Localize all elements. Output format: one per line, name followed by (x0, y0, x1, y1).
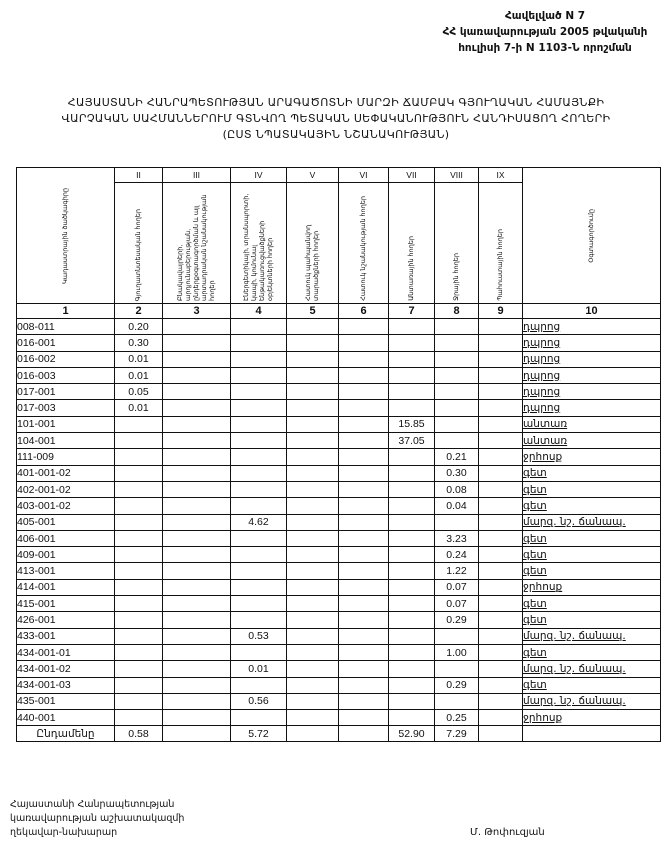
area-value (339, 335, 389, 351)
column-number: 8 (435, 304, 479, 319)
area-value (339, 596, 389, 612)
land-use: անտառ (523, 416, 661, 432)
area-value (163, 433, 231, 449)
area-value (287, 530, 339, 546)
column-header: Բնակավայրերի, արդյունաբերության, ընդերքօ… (163, 183, 231, 304)
area-value (339, 628, 389, 644)
area-value: 4.62 (231, 514, 287, 530)
table-row: 406-0013.23գետ (17, 530, 661, 546)
area-value (115, 693, 163, 709)
area-value (163, 465, 231, 481)
land-use: դպրոց (523, 319, 661, 335)
area-value (115, 612, 163, 628)
column-header-text: Բնակավայրերի, արդյունաբերության, ընդերքօ… (177, 183, 217, 303)
column-header-text: Հատուկ նշանակության հողեր (360, 194, 368, 303)
approval-note: Հավելված N 7 ՀՀ կառավարության 2005 թվակա… (420, 8, 670, 56)
column-header: Գյուղատնտեսական հողեր (115, 183, 163, 304)
area-value: 0.30 (115, 335, 163, 351)
area-value (479, 400, 523, 416)
area-value (389, 547, 435, 563)
area-value (115, 433, 163, 449)
area-value (479, 661, 523, 677)
area-value (163, 351, 231, 367)
title-line-1: ՀԱՅԱՍՏԱՆԻ ՀԱՆՐԱՊԵՏՈՒԹՅԱՆ ԱՐԱԳԱԾՈՏՆԻ ՄԱՐԶ… (0, 95, 672, 111)
area-value: 0.07 (435, 596, 479, 612)
area-value: 0.29 (435, 612, 479, 628)
area-value (231, 498, 287, 514)
footer-position: Հայաստանի Հանրապետության կառավարության ա… (10, 798, 184, 840)
area-value (287, 710, 339, 726)
roman-header: V (287, 168, 339, 183)
area-value (479, 579, 523, 595)
area-value (339, 433, 389, 449)
area-value (287, 693, 339, 709)
area-value (479, 319, 523, 335)
footer-line-2: կառավարության աշխատակազմի (10, 812, 184, 826)
area-value (389, 612, 435, 628)
total-value (479, 726, 523, 742)
area-value (479, 677, 523, 693)
area-value (231, 384, 287, 400)
area-value (115, 563, 163, 579)
footer-line-1: Հայաստանի Հանրապետության (10, 798, 184, 812)
area-value (479, 547, 523, 563)
area-value (115, 416, 163, 432)
area-value (479, 628, 523, 644)
area-value (389, 579, 435, 595)
cadastral-code: 401-001-02 (17, 465, 115, 481)
area-value (163, 449, 231, 465)
area-value (231, 465, 287, 481)
area-value (163, 319, 231, 335)
area-value (339, 644, 389, 660)
cadastral-code: 111-009 (17, 449, 115, 465)
area-value (163, 400, 231, 416)
area-value (231, 563, 287, 579)
area-value (339, 547, 389, 563)
column-number: 5 (287, 304, 339, 319)
area-value (287, 596, 339, 612)
cadastral-code: 101-001 (17, 416, 115, 432)
land-use: գետ (523, 530, 661, 546)
area-value: 0.56 (231, 693, 287, 709)
cadastral-code: 426-001 (17, 612, 115, 628)
area-value (231, 530, 287, 546)
title-line-3: (ԸՍՏ ՆՊԱՏԱԿԱՅԻՆ ՆՇԱՆԱԿՈՒԹՅԱՆ) (0, 127, 672, 143)
area-value (287, 498, 339, 514)
cadastral-code: 402-001-02 (17, 481, 115, 497)
column-number: 10 (523, 304, 661, 319)
area-value (231, 612, 287, 628)
area-value: 0.01 (231, 661, 287, 677)
table-row: 017-0030.01դպրոց (17, 400, 661, 416)
area-value (435, 384, 479, 400)
area-value (479, 481, 523, 497)
area-value (389, 465, 435, 481)
area-value: 0.30 (435, 465, 479, 481)
column-number: 2 (115, 304, 163, 319)
land-use: գետ (523, 644, 661, 660)
area-value: 0.25 (435, 710, 479, 726)
area-value (479, 514, 523, 530)
cadastral-code: 433-001 (17, 628, 115, 644)
area-value (339, 319, 389, 335)
area-value: 0.07 (435, 579, 479, 595)
column-header-text: Պահուստային հողեր (497, 227, 505, 303)
area-value (435, 400, 479, 416)
area-value (389, 514, 435, 530)
column-header-text: Էներգետիկայի, տրանսպորտի, կապի, կոմունալ… (243, 183, 275, 303)
area-value (435, 335, 479, 351)
area-value (163, 547, 231, 563)
table-row: 405-0014.62մարզ. նշ. ճանապ. (17, 514, 661, 530)
area-value (115, 710, 163, 726)
area-value (163, 384, 231, 400)
area-value (389, 384, 435, 400)
document-title: ՀԱՅԱՍՏԱՆԻ ՀԱՆՐԱՊԵՏՈՒԹՅԱՆ ԱՐԱԳԱԾՈՏՆԻ ՄԱՐԶ… (0, 95, 672, 143)
area-value (389, 710, 435, 726)
area-value (389, 335, 435, 351)
area-value (115, 530, 163, 546)
column-header: Կադաստրային ծածկագիրը (17, 168, 115, 304)
area-value: 1.22 (435, 563, 479, 579)
area-value (287, 433, 339, 449)
cadastral-code: 405-001 (17, 514, 115, 530)
area-value (339, 693, 389, 709)
table-row: 008-0110.20դպրոց (17, 319, 661, 335)
area-value (339, 563, 389, 579)
area-value (287, 400, 339, 416)
table-row: 402-001-020.08գետ (17, 481, 661, 497)
area-value: 0.01 (115, 367, 163, 383)
table-row: 434-001-030.29գետ (17, 677, 661, 693)
land-use: մարզ. նշ. ճանապ. (523, 661, 661, 677)
area-value (231, 547, 287, 563)
area-value (479, 465, 523, 481)
column-header: Անտառային հողեր (389, 183, 435, 304)
table-row: 111-0090.21ջրհոսք (17, 449, 661, 465)
area-value (339, 530, 389, 546)
area-value (287, 481, 339, 497)
total-value (339, 726, 389, 742)
area-value (231, 596, 287, 612)
area-value (435, 351, 479, 367)
column-header: Էներգետիկայի, տրանսպորտի, կապի, կոմունալ… (231, 183, 287, 304)
area-value: 0.21 (435, 449, 479, 465)
roman-header: IX (479, 168, 523, 183)
area-value (163, 530, 231, 546)
area-value (479, 449, 523, 465)
area-value (115, 449, 163, 465)
total-value (163, 726, 231, 742)
area-value (479, 367, 523, 383)
area-value (339, 465, 389, 481)
approval-line-1: Հավելված N 7 (420, 8, 670, 24)
land-use: մարզ. նշ. ճանապ. (523, 628, 661, 644)
area-value (287, 351, 339, 367)
area-value (435, 319, 479, 335)
area-value (287, 514, 339, 530)
land-use: մարզ. նշ. ճանապ. (523, 693, 661, 709)
area-value (115, 644, 163, 660)
area-value (287, 335, 339, 351)
area-value (163, 367, 231, 383)
title-line-2: ՎԱՐՉԱԿԱՆ ՍԱՀՄԱՆՆԵՐՈՒՄ ԳՏՆՎՈՂ ՊԵՏԱԿԱՆ ՍԵՓ… (0, 111, 672, 127)
total-value (287, 726, 339, 742)
land-use: ջրհոսք (523, 579, 661, 595)
area-value (287, 612, 339, 628)
area-value (479, 710, 523, 726)
area-value (339, 416, 389, 432)
area-value (339, 612, 389, 628)
area-value (163, 644, 231, 660)
land-use: գետ (523, 612, 661, 628)
area-value (287, 319, 339, 335)
column-header-text: Անտառային հողեր (408, 234, 416, 303)
column-header-text: Կադաստրային ծածկագիրը (62, 186, 70, 286)
area-value: 0.04 (435, 498, 479, 514)
total-value (523, 726, 661, 742)
area-value (389, 677, 435, 693)
land-use: մարզ. նշ. ճանապ. (523, 514, 661, 530)
area-value (479, 563, 523, 579)
approval-line-3: հուլիսի 7-ի N 1103-Ն որոշման (420, 40, 670, 56)
table-row: 440-0010.25ջրհոսք (17, 710, 661, 726)
cadastral-code: 406-001 (17, 530, 115, 546)
area-value (115, 547, 163, 563)
area-value (287, 465, 339, 481)
area-value (339, 351, 389, 367)
table-row: 403-001-020.04գետ (17, 498, 661, 514)
land-use: գետ (523, 498, 661, 514)
column-header: Օգտագործումը (523, 168, 661, 304)
table-row: 433-0010.53մարզ. նշ. ճանապ. (17, 628, 661, 644)
area-value (231, 481, 287, 497)
area-value (231, 644, 287, 660)
total-row: Ընդամենը0.585.7252.907.29 (17, 726, 661, 742)
area-value: 0.53 (231, 628, 287, 644)
area-value (339, 579, 389, 595)
area-value (389, 596, 435, 612)
table-row: 104-00137.05անտառ (17, 433, 661, 449)
area-value: 3.23 (435, 530, 479, 546)
area-value (287, 579, 339, 595)
area-value (231, 367, 287, 383)
column-number: 7 (389, 304, 435, 319)
column-header-text: Ջրային հողեր (453, 251, 461, 303)
land-use: դպրոց (523, 335, 661, 351)
table-row: 426-0010.29գետ (17, 612, 661, 628)
area-value (163, 481, 231, 497)
signature-name: Մ. Թոփուզյան (470, 827, 545, 838)
area-value (287, 563, 339, 579)
total-value: 0.58 (115, 726, 163, 742)
area-value (339, 677, 389, 693)
area-value (339, 400, 389, 416)
table-row: 101-00115.85անտառ (17, 416, 661, 432)
column-header: Պահուստային հողեր (479, 183, 523, 304)
area-value (339, 449, 389, 465)
total-value: 52.90 (389, 726, 435, 742)
column-header: Հատուկ պահպանվող տարածքների հողեր (287, 183, 339, 304)
area-value (389, 530, 435, 546)
area-value (389, 351, 435, 367)
area-value (115, 661, 163, 677)
table-row: 414-0010.07ջրհոսք (17, 579, 661, 595)
area-value: 0.20 (115, 319, 163, 335)
area-value (389, 400, 435, 416)
area-value: 0.08 (435, 481, 479, 497)
area-value (435, 433, 479, 449)
cadastral-code: 409-001 (17, 547, 115, 563)
column-number: 6 (339, 304, 389, 319)
area-value (163, 628, 231, 644)
cadastral-code: 440-001 (17, 710, 115, 726)
cadastral-code: 008-011 (17, 319, 115, 335)
area-value (479, 693, 523, 709)
column-header-text: Օգտագործումը (588, 207, 596, 265)
area-value (287, 644, 339, 660)
area-value (115, 628, 163, 644)
area-value: 0.05 (115, 384, 163, 400)
area-value (163, 596, 231, 612)
roman-header: II (115, 168, 163, 183)
area-value (163, 563, 231, 579)
cadastral-code: 435-001 (17, 693, 115, 709)
table-row: 016-0030.01դպրոց (17, 367, 661, 383)
cadastral-code: 017-001 (17, 384, 115, 400)
area-value (435, 661, 479, 677)
land-use: գետ (523, 596, 661, 612)
cadastral-code: 016-001 (17, 335, 115, 351)
table-row: 413-0011.22գետ (17, 563, 661, 579)
area-value (287, 367, 339, 383)
table-row: 434-001-020.01մարզ. նշ. ճանապ. (17, 661, 661, 677)
area-value (389, 563, 435, 579)
area-value (115, 677, 163, 693)
column-header: Ջրային հողեր (435, 183, 479, 304)
area-value (231, 677, 287, 693)
cadastral-code: 434-001-03 (17, 677, 115, 693)
roman-header: VIII (435, 168, 479, 183)
column-header: Հատուկ նշանակության հողեր (339, 183, 389, 304)
area-value (389, 367, 435, 383)
land-use: դպրոց (523, 400, 661, 416)
area-value (115, 498, 163, 514)
area-value (231, 400, 287, 416)
cadastral-code: 016-003 (17, 367, 115, 383)
area-value (435, 367, 479, 383)
area-value (163, 693, 231, 709)
area-value: 1.00 (435, 644, 479, 660)
land-table: Կադաստրային ծածկագիրըIIIIIIVVVIVIIVIIIIX… (16, 167, 661, 742)
area-value (231, 335, 287, 351)
area-value (231, 433, 287, 449)
column-header-text: Գյուղատնտեսական հողեր (135, 207, 143, 303)
area-value (115, 514, 163, 530)
area-value (163, 514, 231, 530)
land-use: անտառ (523, 433, 661, 449)
total-value: 5.72 (231, 726, 287, 742)
land-use: ջրհոսք (523, 449, 661, 465)
area-value (163, 498, 231, 514)
area-value (115, 465, 163, 481)
table-row: 401-001-020.30գետ (17, 465, 661, 481)
area-value (287, 547, 339, 563)
area-value (435, 416, 479, 432)
area-value (163, 677, 231, 693)
land-use: դպրոց (523, 384, 661, 400)
area-value (389, 693, 435, 709)
table-row: 435-0010.56մարզ. նշ. ճանապ. (17, 693, 661, 709)
cadastral-code: 415-001 (17, 596, 115, 612)
area-value (339, 481, 389, 497)
area-value: 0.01 (115, 351, 163, 367)
column-number: 3 (163, 304, 231, 319)
column-number: 4 (231, 304, 287, 319)
area-value: 15.85 (389, 416, 435, 432)
area-value (435, 514, 479, 530)
area-value (479, 433, 523, 449)
area-value (479, 384, 523, 400)
area-value (389, 644, 435, 660)
cadastral-code: 403-001-02 (17, 498, 115, 514)
area-value (231, 351, 287, 367)
area-value: 0.29 (435, 677, 479, 693)
area-value (479, 416, 523, 432)
area-value (389, 628, 435, 644)
land-use: գետ (523, 563, 661, 579)
area-value (287, 661, 339, 677)
area-value (479, 612, 523, 628)
roman-header: VII (389, 168, 435, 183)
area-value (287, 384, 339, 400)
roman-header: IV (231, 168, 287, 183)
area-value (231, 579, 287, 595)
area-value (231, 710, 287, 726)
cadastral-code: 017-003 (17, 400, 115, 416)
area-value (479, 596, 523, 612)
area-value (479, 351, 523, 367)
approval-line-2: ՀՀ կառավարության 2005 թվականի (420, 24, 670, 40)
column-number: 1 (17, 304, 115, 319)
footer-line-3: ղեկավար-նախարար (10, 826, 184, 840)
area-value (339, 384, 389, 400)
area-value (163, 661, 231, 677)
area-value (287, 416, 339, 432)
table-row: 434-001-011.00գետ (17, 644, 661, 660)
area-value (479, 335, 523, 351)
cadastral-code: 413-001 (17, 563, 115, 579)
area-value: 0.01 (115, 400, 163, 416)
land-use: դպրոց (523, 367, 661, 383)
area-value: 0.24 (435, 547, 479, 563)
area-value (163, 416, 231, 432)
table-row: 017-0010.05դպրոց (17, 384, 661, 400)
area-value (287, 449, 339, 465)
land-use: գետ (523, 465, 661, 481)
area-value (287, 628, 339, 644)
cadastral-code: 434-001-01 (17, 644, 115, 660)
area-value (231, 416, 287, 432)
area-value (389, 319, 435, 335)
area-value (389, 481, 435, 497)
land-use: դպրոց (523, 351, 661, 367)
area-value (163, 335, 231, 351)
cadastral-code: 434-001-02 (17, 661, 115, 677)
area-value (115, 481, 163, 497)
land-use: գետ (523, 481, 661, 497)
